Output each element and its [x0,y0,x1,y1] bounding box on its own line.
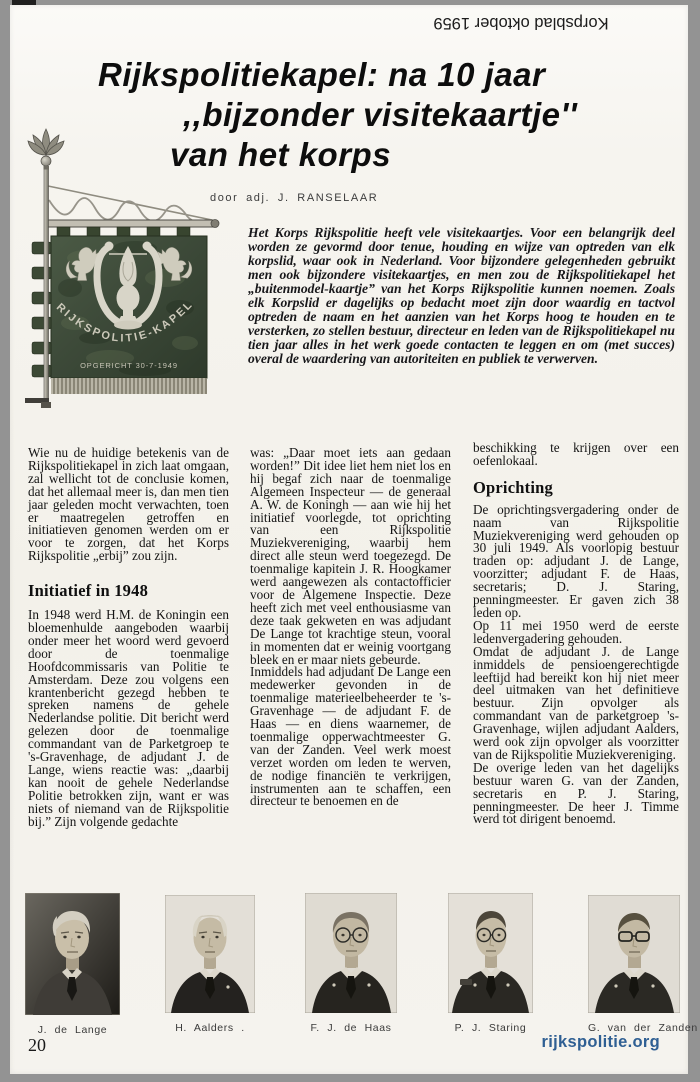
paragraph: Inmiddels had adjudant De Lange een mede… [250,666,451,808]
flag-illustration: RIJKSPOLITIE-KAPEL OPGERICHT 30-7-1949 [15,128,230,418]
flag-pole [44,168,49,405]
intro-paragraph: Het Korps Rijkspolitie heeft vele visite… [248,226,675,366]
photo-caption: H. Aalders . [165,1022,255,1034]
portrait-photo-p-j-staring: P. J. Staring [448,893,533,1034]
flag-crossbar-knob [211,220,219,228]
paragraph: was: „Daar moet iets aan gedaan worden!”… [250,447,451,666]
paragraph: Op 11 mei 1950 werd de eerste ledenverga… [473,620,679,646]
title-line-1: Rijkspolitiekapel: na 10 jaar [98,55,658,95]
title-line-3: van het korps [170,135,658,175]
column-right: beschikking te krijgen over een oefenlok… [473,442,679,826]
site-watermark: rijkspolitie.org [460,1033,660,1052]
paragraph: Wie nu de huidige betekenis van de Rijks… [28,447,229,563]
paragraph: In 1948 werd H.M. de Koningin een bloeme… [28,609,229,828]
column-left: Wie nu de huidige betekenis van de Rijks… [28,447,229,828]
flag-crossbar [45,220,213,227]
title-line-2: ,,bijzonder visitekaartje'' [183,95,658,135]
portrait-photo-h-aalders: H. Aalders . [165,895,255,1034]
portrait-photo-g-van-der-zanden: G. van der Zanden [588,895,680,1034]
portrait-photo-f-j-de-haas: F. J. de Haas [305,893,397,1034]
column-middle: was: „Daar moet iets aan gedaan worden!”… [250,447,451,808]
byline: door adj. J. RANSELAAR [210,192,378,204]
page-number: 20 [28,1035,46,1056]
flag-pole-foot [25,398,51,408]
paragraph: Omdat de adjudant J. de Lange inmiddels … [473,646,679,762]
flag-cord [48,186,212,220]
flag-fringe [51,378,207,394]
flag-founded-text: OPGERICHT 30-7-1949 [80,361,178,370]
page: Korpsblad oktober 1959 Rijkspolitiekapel… [10,5,688,1074]
flag-wavy-cord [49,198,211,222]
portrait-photo-j-de-lange: J. de Lange [25,893,120,1036]
paragraph: beschikking te krijgen over een oefenlok… [473,442,679,468]
section-heading-oprichting: Oprichting [473,482,679,495]
scanned-magazine-page: { "masthead": { "text": "Korpsblad oktob… [0,0,700,1082]
flag-finial-collar [44,166,50,170]
photo-caption: F. J. de Haas [305,1022,397,1034]
paragraph: De oprichtingsvergadering onder de naam … [473,504,679,620]
masthead-rotated-text: Korpsblad oktober 1959 [418,8,624,32]
paragraph: De overige leden van het dagelijks bestu… [473,762,679,827]
flag-finial-icon [28,129,64,155]
flag-finial-ball [41,156,51,166]
section-heading-initiatief: Initiatief in 1948 [28,585,229,598]
